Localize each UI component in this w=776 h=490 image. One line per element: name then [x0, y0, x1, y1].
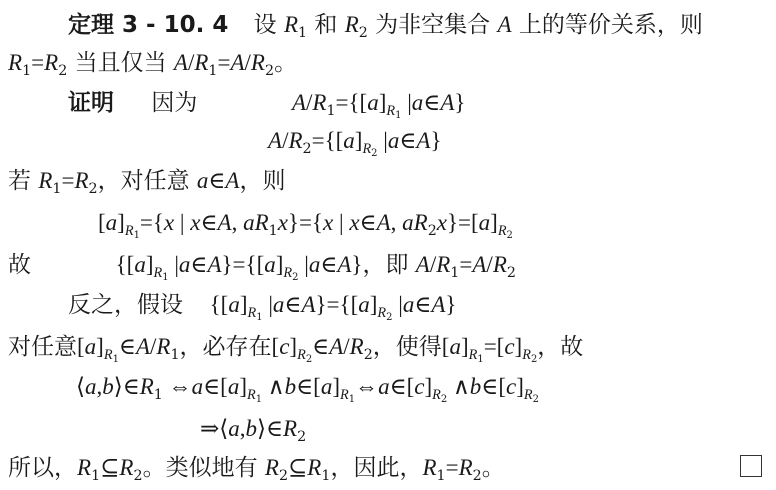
proof-line-3: 若 R1=R2，对任意 a∈A，则 [8, 166, 285, 196]
theorem-line-1: 定理 3 - 10. 4 设 R1 和 R2 为非空集合 A 上的等价关系，则 [68, 10, 703, 40]
proof-line-9: ⇒⟨a,b⟩∈R2 [200, 414, 306, 444]
proof-line-7: 对任意[a]R1∈A/R1，必存在[c]R2∈A/R2，使得[a]R1=[c]R… [8, 332, 583, 362]
proof-label: 证明 [68, 90, 114, 116]
qed-square-icon [740, 455, 762, 477]
proof-line-2: A/R2={[a]R2 |a∈A} [268, 126, 442, 156]
proof-line-8: ⟨a,b⟩∈R1 ⇔a∈[a]R1 ∧b∈[a]R1⇔a∈[c]R2 ∧b∈[c… [76, 372, 539, 402]
proof-line-1: 证明 因为 A/R1={[a]R1 |a∈A} [68, 88, 465, 118]
proof-line-6: 反之，假设 {[a]R1 |a∈A}={[a]R2 |a∈A} [68, 290, 456, 320]
proof-line-5: 故 {[a]R1 |a∈A}={[a]R2 |a∈A}，即 A/R1=A/R2 [8, 250, 516, 280]
theorem-label: 定理 3 - 10. 4 [68, 12, 228, 38]
proof-line-4: [a]R1={x | x∈A, aR1x}={x | x∈A, aR2x}=[a… [98, 208, 513, 238]
proof-line-10: 所以，R1⊆R2。类似地有 R2⊆R1，因此，R1=R2。 [8, 453, 505, 483]
theorem-line-2: R1=R2 当且仅当 A/R1=A/R2。 [8, 48, 297, 78]
